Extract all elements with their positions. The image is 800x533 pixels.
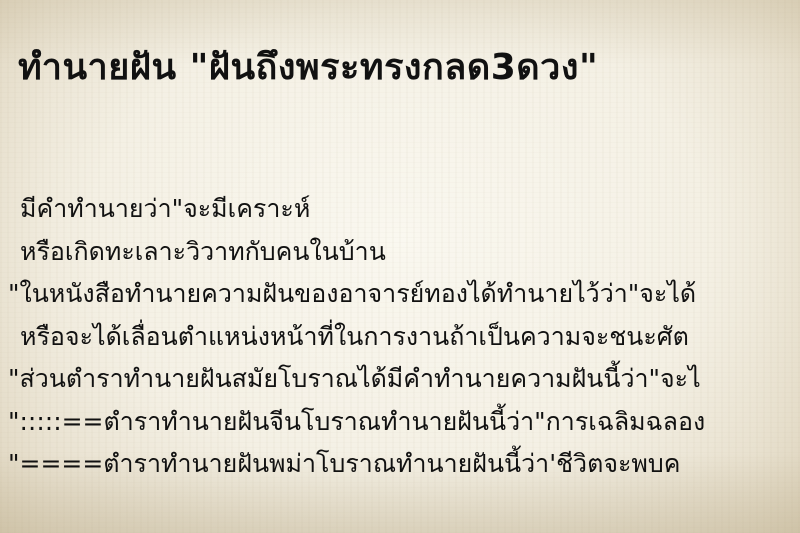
interpretation-line-1: มีคำทำนายว่า"จะมีเคราะห์ xyxy=(0,188,800,231)
interpretation-line-4: หรือจะได้เลื่อนตำแหน่งหน้าที่ในการงานถ้า… xyxy=(0,316,800,359)
page-title: ทำนายฝัน "ฝันถึงพระทรงกลด3ดวง" xyxy=(18,38,598,98)
interpretation-line-3: "ในหนังสือทำนายความฝันของอาจารย์ทองได้ทำ… xyxy=(0,273,800,316)
interpretation-body: มีคำทำนายว่า"จะมีเคราะห์ หรือเกิดทะเลาะว… xyxy=(0,188,800,486)
interpretation-line-6: ":::::==ตำราทำนายฝันจีนโบราณทำนายฝันนี้ว… xyxy=(0,401,800,444)
interpretation-line-7: "====ตำราทำนายฝันพม่าโบราณทำนายฝันนี้ว่า… xyxy=(0,443,800,486)
interpretation-line-5: "ส่วนตำราทำนายฝันสมัยโบราณได้มีคำทำนายคว… xyxy=(0,358,800,401)
interpretation-line-2: หรือเกิดทะเลาะวิวาทกับคนในบ้าน xyxy=(0,231,800,274)
